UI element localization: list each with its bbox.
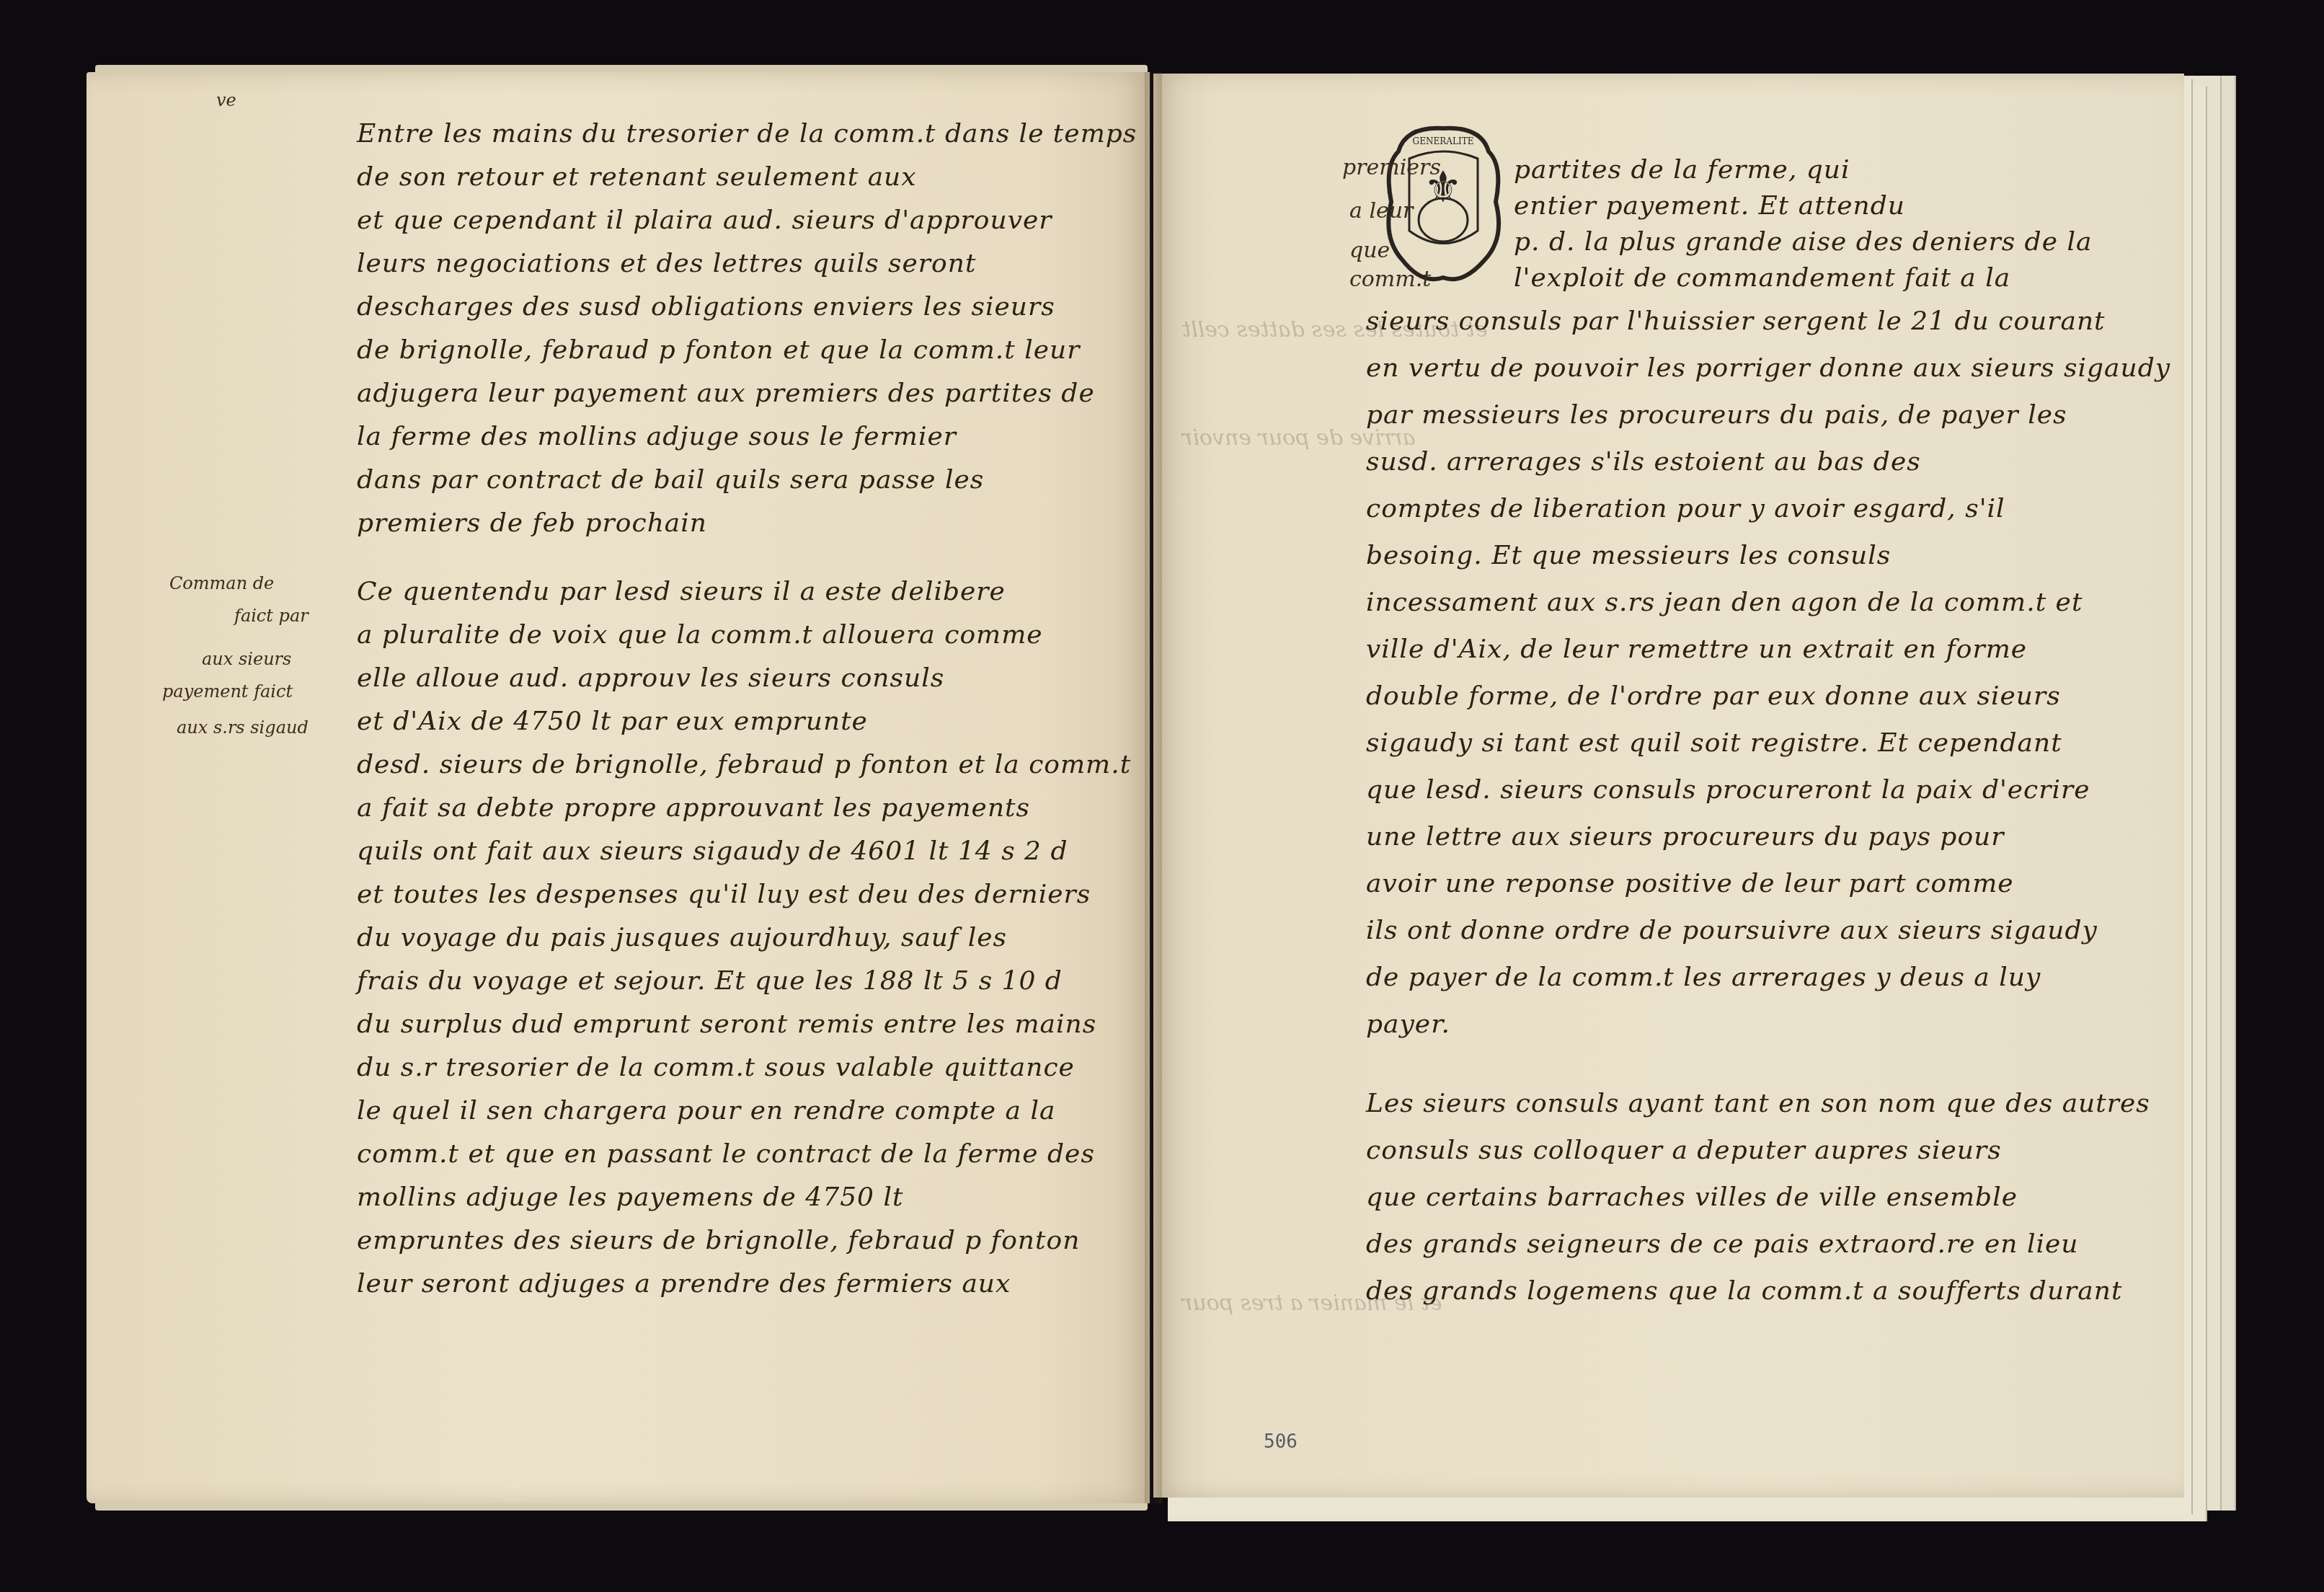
text-line: leurs negociations et des lettres quils … [357, 249, 976, 278]
text-line: du voyage du pais jusques aujourdhuy, sa… [357, 923, 1007, 952]
text-line: par messieurs les procureurs du pais, de… [1366, 400, 2067, 430]
margin-word: que [1349, 238, 1390, 263]
text-line: p. d. la plus grande aise des deniers de… [1514, 227, 2092, 257]
text-line: incessament aux s.rs jean den agon de la… [1366, 588, 2083, 617]
text-line: ils ont donne ordre de poursuivre aux si… [1366, 916, 2098, 945]
text-line: double forme, de l'ordre par eux donne a… [1366, 681, 2061, 711]
text-line: que lesd. sieurs consuls procureront la … [1366, 775, 2090, 805]
text-line: entier payement. Et attendu [1514, 191, 1905, 221]
text-line: des grands seigneurs de ce pais extraord… [1366, 1229, 2078, 1259]
text-line: susd. arrerages s'ils estoient au bas de… [1366, 447, 1921, 477]
margin-header: ve [216, 90, 236, 110]
text-line: de son retour et retenant seulement aux [357, 162, 917, 192]
text-line: comm.t et que en passant le contract de … [357, 1139, 1095, 1169]
margin-note: aux s.rs sigaud [177, 717, 309, 738]
text-line: ville d'Aix, de leur remettre un extrait… [1366, 634, 2027, 664]
svg-text:GENERALITE: GENERALITE [1413, 136, 1474, 146]
text-line: dans par contract de bail quils sera pas… [357, 465, 984, 495]
text-line: des grands logemens que la comm.t a souf… [1366, 1276, 2122, 1306]
book-gutter [1145, 72, 1162, 1503]
text-line: sigaudy si tant est quil soit registre. … [1366, 728, 2062, 758]
text-line: a pluralite de voix que la comm.t alloue… [357, 620, 1043, 650]
text-line: a fait sa debte propre approuvant les pa… [357, 793, 1030, 823]
text-line: besoing. Et que messieurs les consuls [1366, 541, 1891, 570]
margin-word: premiers [1342, 155, 1441, 180]
margin-note: aux sieurs [202, 649, 291, 669]
text-line: frais du voyage et sejour. Et que les 18… [357, 966, 1063, 996]
text-line: Les sieurs consuls ayant tant en son nom… [1366, 1089, 2150, 1118]
margin-note: payement faict [162, 681, 293, 702]
text-line: le quel il sen chargera pour en rendre c… [357, 1096, 1055, 1126]
text-line: l'exploit de commandement fait a la [1514, 263, 2010, 293]
text-line: descharges des susd obligations enviers … [357, 292, 1055, 322]
text-line: du s.r tresorier de la comm.t sous valab… [357, 1053, 1075, 1082]
text-line: de payer de la comm.t les arrerages y de… [1366, 963, 2041, 992]
text-line: comptes de liberation pour y avoir esgar… [1366, 494, 2005, 523]
text-line: la ferme des mollins adjuge sous le ferm… [357, 422, 957, 451]
text-line: du surplus dud emprunt seront remis entr… [357, 1009, 1096, 1039]
text-line: sieurs consuls par l'huissier sergent le… [1366, 306, 2106, 336]
text-line: consuls sus colloquer a deputer aupres s… [1366, 1136, 2002, 1165]
text-line: quils ont fait aux sieurs sigaudy de 460… [357, 836, 1068, 866]
text-line: Ce quentendu par lesd sieurs il a este d… [357, 577, 1006, 606]
text-line: et que cependant il plaira aud. sieurs d… [357, 205, 1052, 235]
text-line: et toutes les despenses qu'il luy est de… [357, 880, 1091, 909]
text-line: desd. sieurs de brignolle, febraud p fon… [357, 750, 1131, 779]
text-line: et d'Aix de 4750 lt par eux emprunte [357, 707, 868, 736]
text-line: premiers de feb prochain [357, 508, 707, 538]
margin-word: a leur [1349, 198, 1413, 224]
text-line: en vertu de pouvoir les porriger donne a… [1366, 353, 2170, 383]
text-line: leur seront adjuges a prendre des fermie… [357, 1269, 1011, 1299]
margin-note: faict par [234, 606, 309, 626]
margin-note: Comman de [169, 573, 274, 593]
text-line: elle alloue aud. approuv les sieurs cons… [357, 663, 944, 693]
text-line: une lettre aux sieurs procureurs du pays… [1366, 822, 2004, 852]
text-line: empruntes des sieurs de brignolle, febra… [357, 1226, 1080, 1255]
text-line: avoir une reponse positive de leur part … [1366, 869, 2014, 898]
folio-number: 506 [1264, 1431, 1298, 1453]
text-line: adjugera leur payement aux premiers des … [357, 379, 1095, 408]
text-line: mollins adjuge les payemens de 4750 lt [357, 1182, 903, 1212]
text-line: partites de la ferme, qui [1514, 155, 1850, 185]
text-line: que certains barraches villes de ville e… [1366, 1182, 2018, 1212]
text-line: payer. [1366, 1009, 1450, 1039]
text-line: Entre les mains du tresorier de la comm.… [357, 119, 1137, 149]
margin-word: comm.t [1349, 267, 1431, 292]
text-line: de brignolle, febraud p fonton et que la… [357, 335, 1080, 365]
